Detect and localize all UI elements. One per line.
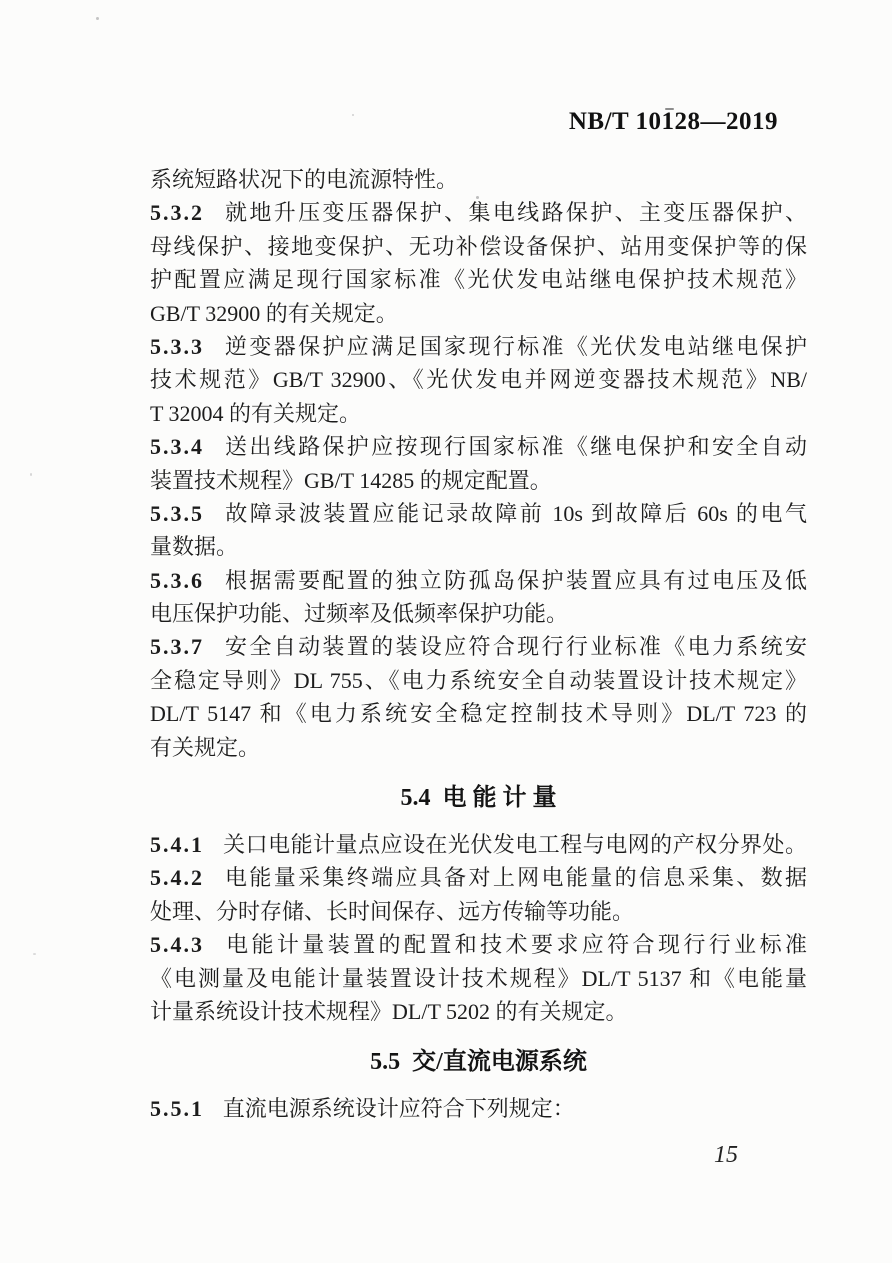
text-line: 5.3.7安全自动装置的装设应符合现行行业标准《电力系统安 xyxy=(150,630,807,663)
section-5-3-clauses: 系统短路状况下的电流源特性。5.3.2就地升压变压器保护、集电线路保护、主变压器… xyxy=(150,163,807,764)
scan-speck xyxy=(665,108,674,110)
section-heading-5-4: 5.4 电 能 计 量 xyxy=(150,773,807,823)
scan-speck xyxy=(352,114,354,116)
section-5-4-clauses: 5.4.1关口电能计量点应设在光伏发电工程与电网的产权分界处。5.4.2电能量采… xyxy=(150,828,807,1028)
text-line: T 32004 的有关规定。 xyxy=(150,397,807,430)
text-line: GB/T 32900 的有关规定。 xyxy=(150,297,807,330)
document-page: NB/T 10128—2019 系统短路状况下的电流源特性。5.3.2就地升压变… xyxy=(0,0,892,1263)
clause-number: 5.3.7 xyxy=(150,634,204,659)
section-5-5-clauses: 5.5.1直流电源系统设计应符合下列规定： xyxy=(150,1092,807,1125)
text-line: 5.3.5故障录波装置应能记录故障前 10s 到故障后 60s 的电气 xyxy=(150,497,807,530)
clause-number: 5.3.3 xyxy=(150,334,204,359)
clause-number: 5.3.2 xyxy=(150,200,204,225)
text-line: 处理、分时存储、长时间保存、远方传输等功能。 xyxy=(150,895,807,928)
scan-speck xyxy=(33,953,36,955)
clause-number: 5.3.5 xyxy=(150,501,204,526)
scan-speck xyxy=(96,17,99,20)
text-line: 5.3.3逆变器保护应满足国家现行标准《光伏发电站继电保护 xyxy=(150,330,807,363)
text-line: 5.3.6根据需要配置的独立防孤岛保护装置应具有过电压及低 xyxy=(150,564,807,597)
running-header-standard-number: NB/T 10128—2019 xyxy=(0,108,778,136)
text-line: 技术规范》GB/T 32900、《光伏发电并网逆变器技术规范》NB/ xyxy=(150,363,807,396)
text-line: 5.3.4送出线路保护应按现行国家标准《继电保护和安全自动 xyxy=(150,430,807,463)
scan-speck xyxy=(476,196,479,199)
text-line: 5.4.1关口电能计量点应设在光伏发电工程与电网的产权分界处。 xyxy=(150,828,807,861)
text-line: 5.4.3电能计量装置的配置和技术要求应符合现行行业标准 xyxy=(150,928,807,961)
page-number: 15 xyxy=(714,1142,738,1169)
text-line: 装置技术规程》GB/T 14285 的规定配置。 xyxy=(150,464,807,497)
text-line: 5.5.1直流电源系统设计应符合下列规定： xyxy=(150,1092,807,1125)
clause-number: 5.5.1 xyxy=(150,1096,204,1121)
scan-speck xyxy=(30,473,32,476)
text-line: 护配置应满足现行国家标准《光伏发电站继电保护技术规范》 xyxy=(150,263,807,296)
text-line: 全稳定导则》DL 755、《电力系统安全自动装置设计技术规定》 xyxy=(150,664,807,697)
text-line: DL/T 5147 和《电力系统安全稳定控制技术导则》DL/T 723 的 xyxy=(150,697,807,730)
text-line: 母线保护、接地变保护、无功补偿设备保护、站用变保护等的保 xyxy=(150,230,807,263)
clause-number: 5.3.6 xyxy=(150,568,204,593)
text-line: 《电测量及电能计量装置设计技术规程》DL/T 5137 和《电能量 xyxy=(150,962,807,995)
page-body: 系统短路状况下的电流源特性。5.3.2就地升压变压器保护、集电线路保护、主变压器… xyxy=(150,163,807,1126)
text-line: 系统短路状况下的电流源特性。 xyxy=(150,163,807,196)
text-line: 计量系统设计技术规程》DL/T 5202 的有关规定。 xyxy=(150,995,807,1028)
text-line: 量数据。 xyxy=(150,530,807,563)
clause-number: 5.4.2 xyxy=(150,865,204,890)
section-heading-5-5: 5.5 交/直流电源系统 xyxy=(150,1037,807,1087)
clause-number: 5.4.1 xyxy=(150,832,204,857)
text-line: 有关规定。 xyxy=(150,731,807,764)
text-line: 5.4.2电能量采集终端应具备对上网电能量的信息采集、数据 xyxy=(150,861,807,894)
clause-number: 5.3.4 xyxy=(150,434,204,459)
text-line: 电压保护功能、过频率及低频率保护功能。 xyxy=(150,597,807,630)
text-line: 5.3.2就地升压变压器保护、集电线路保护、主变压器保护、 xyxy=(150,196,807,229)
clause-number: 5.4.3 xyxy=(150,932,204,957)
